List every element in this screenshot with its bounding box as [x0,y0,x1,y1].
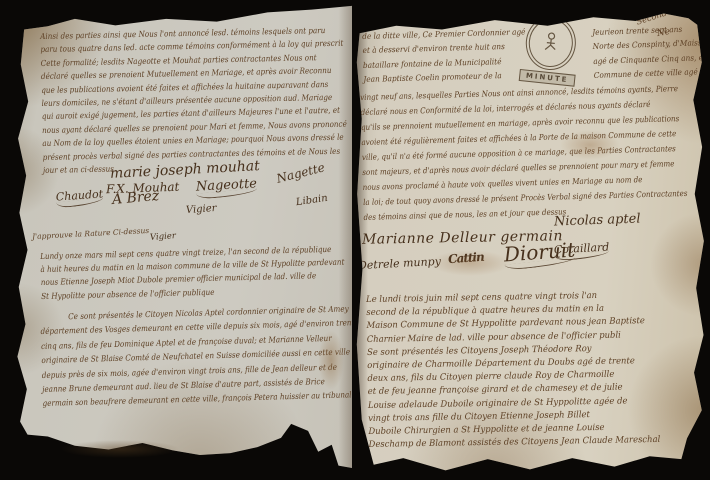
signature-vigier: Vigier [186,204,217,216]
revenue-stamp: MINUTE [509,12,592,90]
signature-detrele: Detrele munpy [358,256,441,271]
left-act2-opening-paragraph: Lundy onze mars mil sept cens quatre vin… [40,243,347,303]
left-page: Ainsi des parties ainsi que Nous l'ont a… [14,4,352,468]
signature-libain: Libain [295,194,328,208]
right-page: Second Ne de la ditte ville, Ce Premier … [354,6,706,476]
signature-nicolas-aptel: Nicolas aptel [554,212,641,228]
right-act2-paragraph: Le lundi trois juin mil sept cens quatre… [366,288,699,452]
seated-figure-icon [539,29,564,57]
signature-dioruit: Dioruit [503,240,576,270]
approval-note-signature: Vigier [150,232,176,242]
stamp-oval [523,14,578,73]
manuscript-scan: Ainsi des parties ainsi que Nous l'ont a… [0,0,710,480]
manuscript-line: Jean Baptiste Coelin promoteur de la [363,69,509,87]
left-act2-body-paragraph: Ce sont présentés le Citoyen Nicolas Apt… [40,301,349,410]
approval-note: J'approuve la Rature Ci-dessus [32,227,149,241]
signature-nageotte: Nageotte [196,177,258,198]
left-act1-closing-paragraph: Ainsi des parties ainsi que Nous l'ont a… [40,24,349,178]
right-act1-body-paragraph: vingt neuf ans, lesquelles Parties Nous … [360,81,704,225]
right-act1-right-column: Jeurieon trente sept ansNorte des Conspi… [592,22,702,83]
signature-chaudot: Chaudot [55,188,103,207]
signature-a-brez: A Brez [111,189,159,207]
right-act1-left-column: de la ditte ville, Ce Premier Cordonnier… [362,26,522,88]
signature-cattin: Cattin [448,251,484,265]
